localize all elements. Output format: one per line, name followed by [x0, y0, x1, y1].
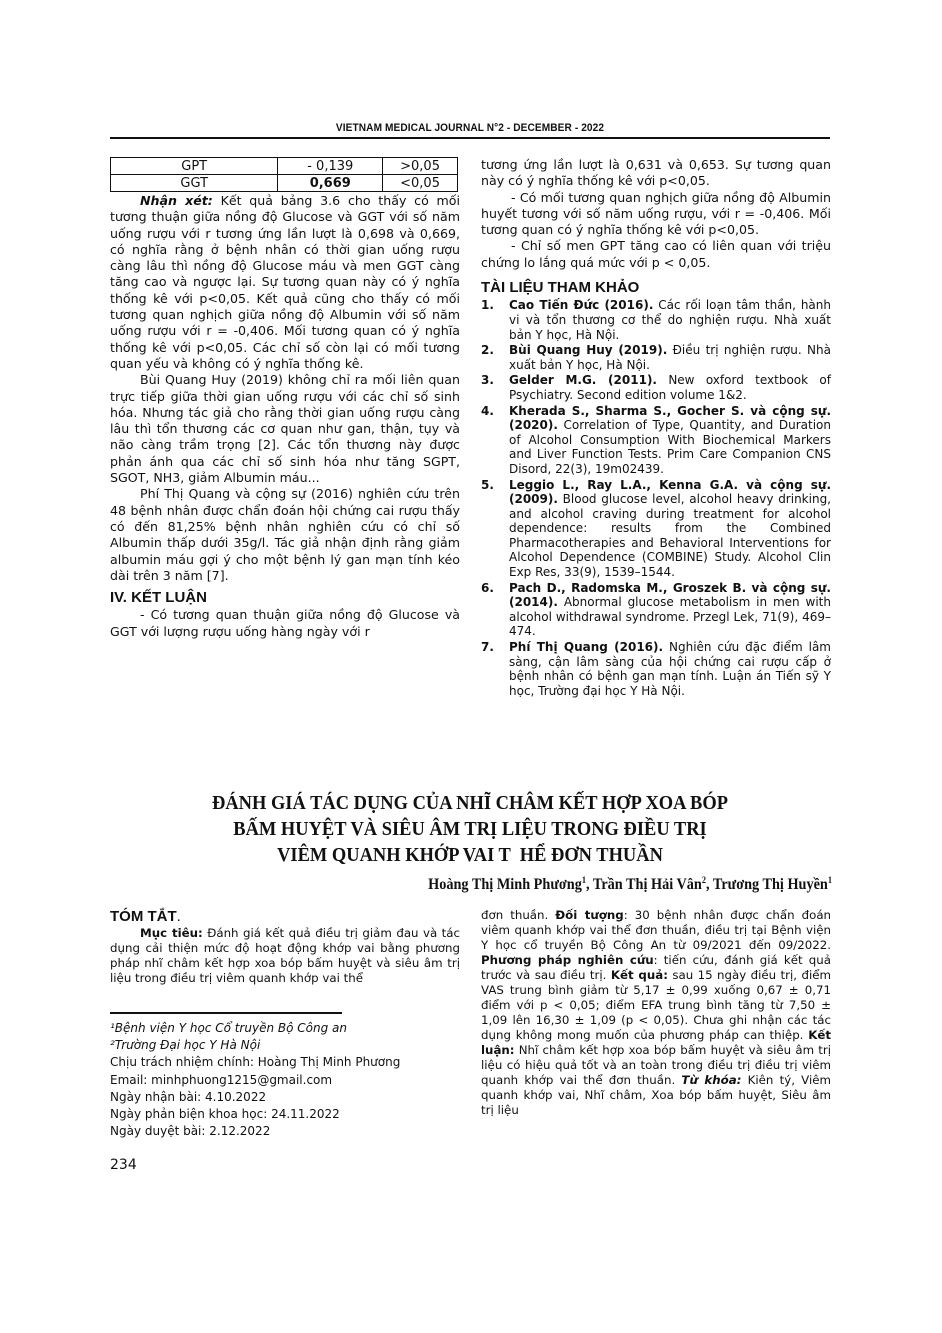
references-heading: TÀI LIỆU THAM KHẢO: [481, 280, 831, 296]
affiliation-2: ²Trường Đại học Y Hà Nội: [110, 1037, 470, 1054]
conclusion-item-1: - Có tương quan thuận giữa nồng độ Gluco…: [110, 607, 460, 640]
affiliation-1: ¹Bệnh viện Y học Cổ truyền Bộ Công an: [110, 1020, 470, 1037]
abstract-left: TÓM TẮT. Mục tiêu: Đánh giá kết quả điều…: [110, 908, 460, 986]
reference-item: 4.Kherada S., Sharma S., Gocher S. và cộ…: [481, 404, 831, 477]
table-cell-label: GGT: [111, 175, 278, 192]
reference-item: 7.Phí Thị Quang (2016). Nghiên cứu đặc đ…: [481, 640, 831, 698]
reference-item: 6.Pach D., Radomska M., Groszek B. và cộ…: [481, 581, 831, 639]
table-row: GPT - 0,139 >0,05: [111, 158, 458, 175]
header-rule: [110, 137, 830, 139]
abstract-continued: đơn thuần. Đối tượng: 30 bệnh nhân được …: [481, 908, 831, 1118]
date-reviewed: Ngày phản biện khoa học: 24.11.2022: [110, 1106, 470, 1123]
article-title-line-1: ĐÁNH GIÁ TÁC DỤNG CỦA NHĨ CHÂM KẾT HỢP X…: [146, 790, 794, 816]
left-column: GPT - 0,139 >0,05 GGT 0,669 <0,05 Nhận x…: [110, 157, 460, 640]
remark-label: Nhận xét:: [140, 193, 213, 208]
footnote-rule: [110, 1012, 342, 1014]
author-name: Hoàng Thị Minh Phương: [428, 876, 582, 893]
remark-text: Kết quả bảng 3.6 cho thấy có mối tương t…: [110, 193, 460, 371]
discussion-paragraph-3: Phí Thị Quang và cộng sự (2016) nghiên c…: [110, 486, 460, 584]
reference-item: 3.Gelder M.G. (2011). New oxford textboo…: [481, 373, 831, 402]
conclusion-item-3: - Chỉ số men GPT tăng cao có liên quan v…: [481, 238, 831, 271]
references-list: 1.Cao Tiến Đức (2016). Các rối loạn tâm …: [481, 298, 831, 698]
abstract-objective: Mục tiêu: Đánh giá kết quả điều trị giảm…: [110, 926, 460, 986]
table-cell-p: <0,05: [383, 175, 458, 192]
article-title: ĐÁNH GIÁ TÁC DỤNG CỦA NHĨ CHÂM KẾT HỢP X…: [146, 790, 794, 868]
page-number: 234: [110, 1157, 137, 1173]
reference-item: 1.Cao Tiến Đức (2016). Các rối loạn tâm …: [481, 298, 831, 342]
table-row: GGT 0,669 <0,05: [111, 175, 458, 192]
table-cell-r: 0,669: [278, 175, 383, 192]
date-received: Ngày nhận bài: 4.10.2022: [110, 1089, 470, 1106]
abstract-heading: TÓM TẮT.: [110, 908, 460, 926]
email: Email: minhphuong1215@gmail.com: [110, 1072, 470, 1089]
author-name: Trương Thị Huyền: [713, 876, 828, 893]
table-cell-r: - 0,139: [278, 158, 383, 175]
right-column: tương ứng lần lượt là 0,631 và 0,653. Sự…: [481, 157, 831, 699]
correlation-table: GPT - 0,139 >0,05 GGT 0,669 <0,05: [110, 157, 458, 192]
remark-paragraph: Nhận xét: Kết quả bảng 3.6 cho thấy có m…: [110, 193, 460, 372]
abstract-right: đơn thuần. Đối tượng: 30 bệnh nhân được …: [481, 908, 831, 1118]
discussion-paragraph-2: Bùi Quang Huy (2019) không chỉ ra mối li…: [110, 372, 460, 486]
reference-item: 2.Bùi Quang Huy (2019). Điều trị nghiện …: [481, 343, 831, 372]
footnotes: ¹Bệnh viện Y học Cổ truyền Bộ Công an ²T…: [110, 1020, 470, 1140]
affiliation-mark: 1: [828, 875, 832, 885]
conclusion-item-2: - Có mối tương quan nghịch giữa nồng độ …: [481, 190, 831, 239]
author-name: Trần Thị Hải Vân: [593, 876, 702, 893]
reference-item: 5.Leggio L., Ray L.A., Kenna G.A. và cộn…: [481, 478, 831, 580]
conclusion-heading: IV. KẾT LUẬN: [110, 590, 460, 606]
article-title-line-2: BẤM HUYỆT VÀ SIÊU ÂM TRỊ LIỆU TRONG ĐIỀU…: [146, 816, 794, 842]
corresponding-author: Chịu trách nhiệm chính: Hoàng Thị Minh P…: [110, 1054, 470, 1071]
journal-page: VIETNAM MEDICAL JOURNAL N°2 - DECEMBER -…: [0, 0, 942, 1333]
journal-running-header: VIETNAM MEDICAL JOURNAL N°2 - DECEMBER -…: [139, 122, 801, 134]
conclusion-item-1-continued: tương ứng lần lượt là 0,631 và 0,653. Sự…: [481, 157, 831, 190]
table-cell-label: GPT: [111, 158, 278, 175]
table-cell-p: >0,05: [383, 158, 458, 175]
author-list: Hoàng Thị Minh Phương1, Trần Thị Hải Vân…: [306, 876, 832, 894]
article-title-line-3: VIÊM QUANH KHỚP VAI T HỂ ĐƠN THUẦN: [146, 842, 794, 868]
date-accepted: Ngày duyệt bài: 2.12.2022: [110, 1123, 470, 1140]
